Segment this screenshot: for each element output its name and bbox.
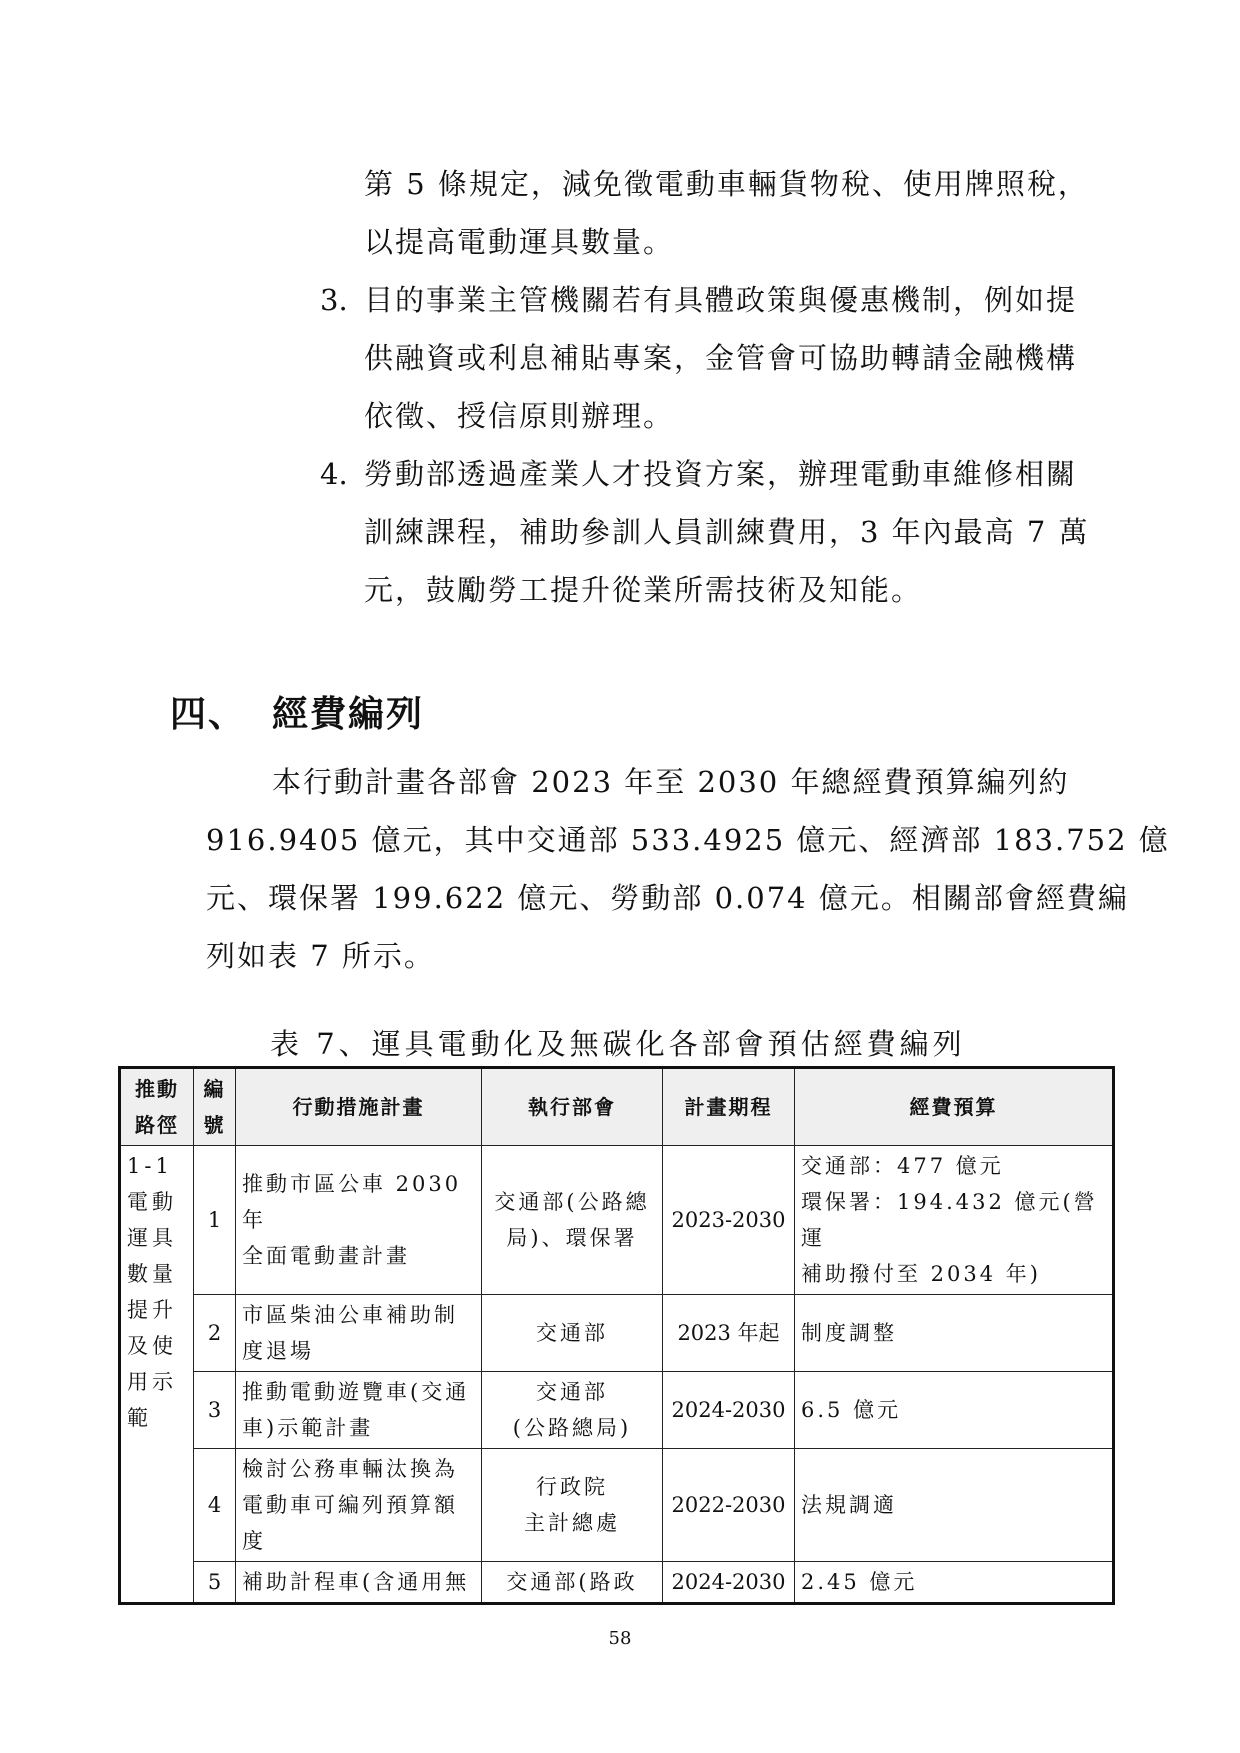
period-cell: 2024-2030 xyxy=(663,1562,795,1604)
agency-cell: 交通部(公路總局)、環保署 xyxy=(482,1146,663,1295)
agency-cell: 行政院主計總處 xyxy=(482,1449,663,1562)
row-number: 5 xyxy=(194,1562,236,1604)
header-agency: 執行部會 xyxy=(482,1068,663,1146)
list-item-number: 4. xyxy=(320,454,348,494)
plan-cell: 推動電動遊覽車(交通車)示範計畫 xyxy=(236,1372,482,1449)
budget-cell: 法規調適 xyxy=(795,1449,1114,1562)
plan-cell: 推動市區公車 2030 年全面電動畫計畫 xyxy=(236,1146,482,1295)
header-plan: 行動措施計畫 xyxy=(236,1068,482,1146)
body-line: 目的事業主管機關若有具體政策與優惠機制，例如提 xyxy=(364,280,1077,320)
row-number: 4 xyxy=(194,1449,236,1562)
period-cell: 2023 年起 xyxy=(663,1295,795,1372)
table-row: 4 檢討公務車輛汰換為電動車可編列預算額度 行政院主計總處 2022-2030 … xyxy=(120,1449,1114,1562)
path-cell: 1-1電動運具數量提升及使用示範 xyxy=(120,1146,194,1604)
budget-cell: 6.5 億元 xyxy=(795,1372,1114,1449)
table-row: 1-1電動運具數量提升及使用示範 1 推動市區公車 2030 年全面電動畫計畫 … xyxy=(120,1146,1114,1295)
budget-cell: 制度調整 xyxy=(795,1295,1114,1372)
header-number: 編號 xyxy=(194,1068,236,1146)
budget-table: 推動路徑 編號 行動措施計畫 執行部會 計畫期程 經費預算 1-1電動運具數量提… xyxy=(118,1066,1115,1605)
agency-cell: 交通部 xyxy=(482,1295,663,1372)
period-cell: 2022-2030 xyxy=(663,1449,795,1562)
page-number: 58 xyxy=(0,1628,1240,1649)
row-number: 2 xyxy=(194,1295,236,1372)
budget-cell: 交通部：477 億元環保署：194.432 億元(營運補助撥付至 2034 年) xyxy=(795,1146,1114,1295)
section-title: 經費編列 xyxy=(272,694,424,735)
section-heading: 四、經費編列 xyxy=(170,686,424,737)
body-line: 供融資或利息補貼專案，金管會可協助轉請金融機構 xyxy=(364,338,1077,378)
body-line: 勞動部透過產業人才投資方案，辦理電動車維修相關 xyxy=(364,454,1077,494)
plan-cell: 市區柴油公車補助制度退場 xyxy=(236,1295,482,1372)
body-line: 以提高電動運具數量。 xyxy=(364,222,674,262)
body-line: 依徵、授信原則辦理。 xyxy=(364,396,674,436)
table-row: 3 推動電動遊覽車(交通車)示範計畫 交通部(公路總局) 2024-2030 6… xyxy=(120,1372,1114,1449)
table-caption: 表 7、運具電動化及無碳化各部會預估經費編列 xyxy=(270,1022,966,1063)
body-line: 元，鼓勵勞工提升從業所需技術及知能。 xyxy=(364,570,922,610)
header-period: 計畫期程 xyxy=(663,1068,795,1146)
table-header-row: 推動路徑 編號 行動措施計畫 執行部會 計畫期程 經費預算 xyxy=(120,1068,1114,1146)
table-row: 5 補助計程車(含通用無 交通部(路政 2024-2030 2.45 億元 xyxy=(120,1562,1114,1604)
agency-cell: 交通部(公路總局) xyxy=(482,1372,663,1449)
paragraph-line: 本行動計畫各部會 2023 年至 2030 年總經費預算編列約 xyxy=(272,762,1069,802)
plan-cell: 檢討公務車輛汰換為電動車可編列預算額度 xyxy=(236,1449,482,1562)
agency-cell: 交通部(路政 xyxy=(482,1562,663,1604)
paragraph-line: 916.9405 億元，其中交通部 533.4925 億元、經濟部 183.75… xyxy=(206,820,1170,860)
row-number: 3 xyxy=(194,1372,236,1449)
header-budget: 經費預算 xyxy=(795,1068,1114,1146)
paragraph-line: 元、環保署 199.622 億元、勞動部 0.074 億元。相關部會經費編 xyxy=(206,878,1129,918)
budget-cell: 2.45 億元 xyxy=(795,1562,1114,1604)
body-line: 第 5 條規定，減免徵電動車輛貨物稅、使用牌照稅， xyxy=(364,164,1089,204)
plan-cell: 補助計程車(含通用無 xyxy=(236,1562,482,1604)
table-row: 2 市區柴油公車補助制度退場 交通部 2023 年起 制度調整 xyxy=(120,1295,1114,1372)
paragraph-line: 列如表 7 所示。 xyxy=(206,936,435,976)
row-number: 1 xyxy=(194,1146,236,1295)
period-cell: 2023-2030 xyxy=(663,1146,795,1295)
list-item-number: 3. xyxy=(320,280,348,320)
body-line: 訓練課程，補助參訓人員訓練費用，3 年內最高 7 萬 xyxy=(364,512,1090,552)
period-cell: 2024-2030 xyxy=(663,1372,795,1449)
header-path: 推動路徑 xyxy=(120,1068,194,1146)
section-number: 四、 xyxy=(170,694,246,735)
